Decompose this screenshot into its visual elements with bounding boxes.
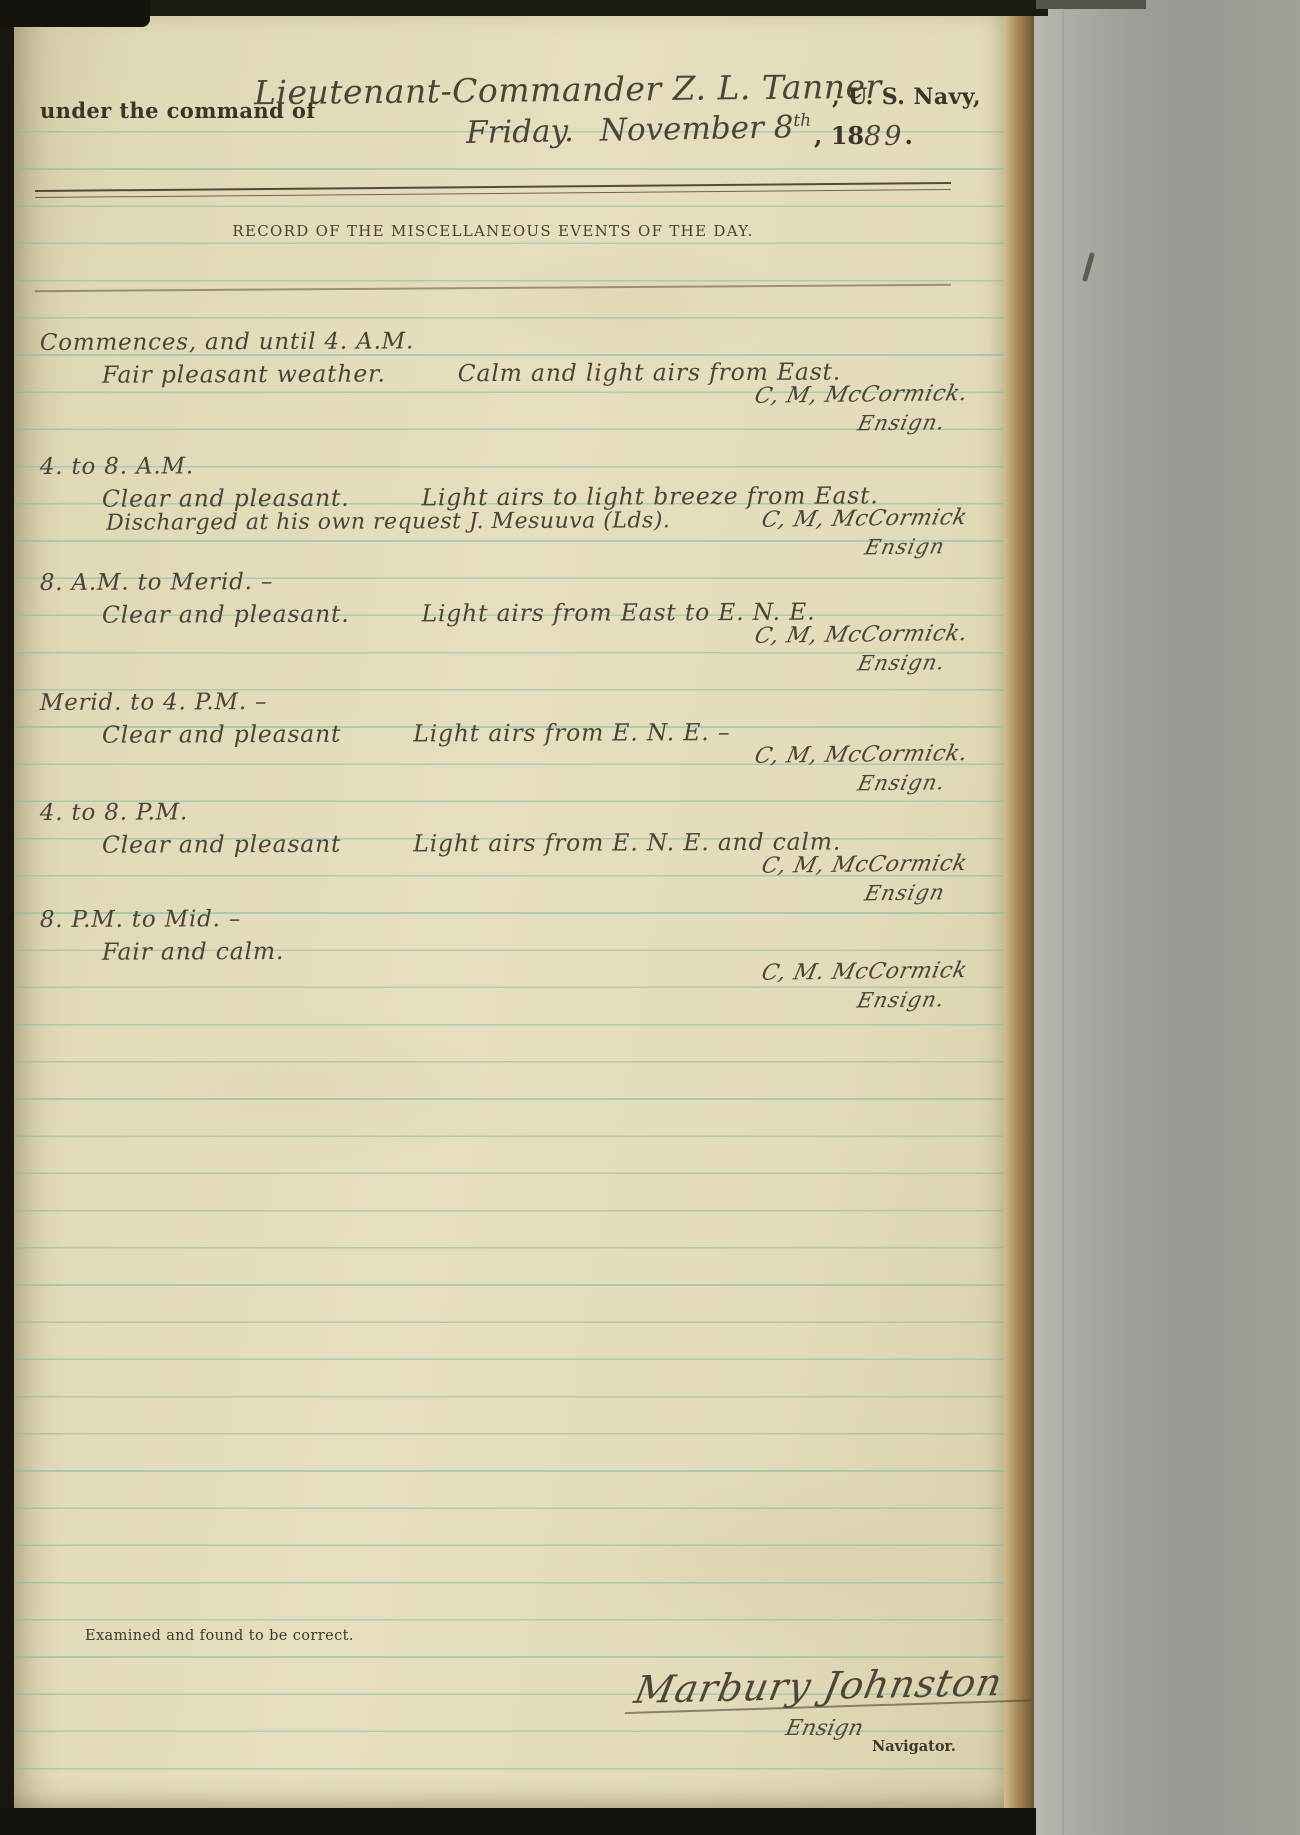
entry-body: Clear and pleasantLight airs from E. N. …	[102, 718, 731, 749]
page-edge-stack	[1002, 6, 1034, 1814]
entry-weather-text: Clear and pleasant.	[102, 600, 350, 629]
log-entry: 4. to 8. A.M. Clear and pleasant.Light a…	[40, 450, 968, 566]
photo-edge-top-corner	[0, 0, 150, 27]
officer-rank: Ensign	[754, 534, 948, 560]
entry-time-heading: 4. to 8. P.M.	[40, 799, 188, 826]
logbook-page: under the command of Lieutenant-Commande…	[14, 16, 1004, 1808]
us-navy-printed-suffix: , U. S. Navy,	[832, 84, 981, 110]
entry-time-heading: 4. to 8. A.M.	[40, 453, 194, 480]
officer-signature-block: C, M, McCormick. Ensign.	[746, 621, 970, 677]
officer-rank: Ensign.	[746, 410, 948, 437]
officer-signature: C, M, McCormick.	[752, 621, 970, 649]
entry-body: Clear and pleasantLight airs from E. N. …	[102, 828, 841, 859]
entry-weather-text: Clear and pleasant.	[102, 484, 350, 513]
entry-time-heading: Merid. to 4. P.M. –	[40, 689, 268, 716]
entry-wind-text: Light airs from East to E. N. E.	[421, 598, 815, 628]
date-printed-18: , 18	[814, 121, 864, 150]
officer-signature: C, M, McCormick	[760, 505, 970, 533]
date-month-day: November 8	[600, 109, 794, 148]
entry-weather-text: Fair pleasant weather.	[102, 360, 386, 389]
entry-time-heading: 8. A.M. to Merid. –	[40, 569, 273, 596]
date-year-group: , 1889.	[814, 120, 913, 151]
officer-signature-block: C, M, McCormick Ensign	[754, 851, 970, 907]
officer-signature-block: C, M, McCormick. Ensign.	[746, 381, 970, 437]
commander-name-handwriting: Lieutenant-Commander Z. L. Tanner	[254, 67, 882, 113]
log-entry: 8. P.M. to Mid. – Fair and calm. C, M. M…	[40, 903, 968, 1019]
log-entry: 4. to 8. P.M. Clear and pleasantLight ai…	[40, 796, 968, 912]
date-ordinal-suffix: th	[793, 111, 811, 131]
board-crease	[1062, 0, 1064, 1835]
record-title: RECORD OF THE MISCELLANEOUS EVENTS OF TH…	[35, 222, 951, 240]
date-printed-period: .	[904, 121, 912, 150]
backing-board	[1032, 0, 1300, 1835]
officer-signature: C, M, McCormick.	[752, 381, 970, 409]
entry-body: Clear and pleasant.Light airs from East …	[102, 598, 816, 629]
date-handwriting: Friday.November 8th	[466, 109, 812, 151]
officer-signature-block: C, M, McCormick. Ensign.	[746, 741, 970, 797]
entry-weather-text: Clear and pleasant	[102, 720, 341, 749]
officer-rank: Ensign.	[746, 650, 948, 677]
photo-edge-top-right	[1036, 0, 1146, 9]
entry-body: Fair and calm.	[102, 937, 356, 966]
log-entry: 8. A.M. to Merid. – Clear and pleasant.L…	[40, 566, 968, 682]
officer-rank: Ensign.	[754, 987, 948, 1013]
entry-note-text: Discharged at his own request J. Mesuuva…	[106, 508, 670, 535]
entry-time-heading: Commences, and until 4. A.M.	[40, 328, 414, 356]
navigator-signature: Marbury Johnston	[631, 1660, 1006, 1712]
officer-signature: C, M. McCormick	[760, 958, 970, 986]
photo-edge-bottom	[0, 1808, 1036, 1835]
navigator-printed-label: Navigator.	[872, 1738, 956, 1755]
entry-weather-text: Fair and calm.	[102, 937, 284, 966]
entry-body: Fair pleasant weather.Calm and light air…	[102, 358, 841, 389]
photo-edge-top	[0, 0, 1048, 16]
officer-signature: C, M, McCormick.	[752, 741, 970, 769]
date-day: Friday.	[466, 113, 574, 151]
entry-body: Clear and pleasant.Light airs to light b…	[102, 481, 879, 512]
officer-signature-block: C, M. McCormick Ensign.	[754, 958, 970, 1014]
entry-time-heading: 8. P.M. to Mid. –	[40, 906, 241, 933]
log-entry: Commences, and until 4. A.M. Fair pleasa…	[40, 326, 968, 442]
date-year-handwriting: 89	[864, 121, 904, 152]
officer-signature-block: C, M, McCormick Ensign	[754, 505, 970, 561]
officer-signature: C, M, McCormick	[760, 851, 970, 879]
examined-statement: Examined and found to be correct.	[85, 1628, 354, 1644]
photo-edge-left	[0, 0, 14, 1835]
officer-rank: Ensign.	[746, 770, 948, 797]
log-entry: Merid. to 4. P.M. – Clear and pleasantLi…	[40, 686, 968, 802]
entry-weather-text: Clear and pleasant	[102, 830, 341, 859]
navigator-rank-handwriting: Ensign	[783, 1716, 865, 1741]
entry-wind-text: Light airs from E. N. E. –	[413, 718, 730, 747]
